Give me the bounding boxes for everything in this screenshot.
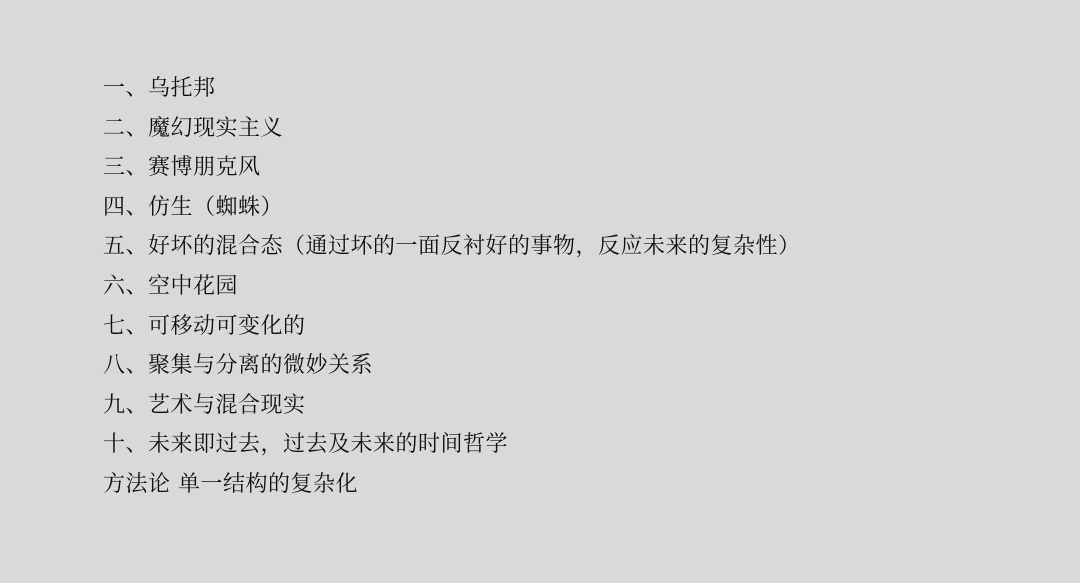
list-item-7: 七、可移动可变化的 [103, 310, 801, 350]
list-item-5: 五、好坏的混合态（通过坏的一面反衬好的事物，反应未来的复杂性） [103, 230, 801, 270]
list-item-8: 八、聚集与分离的微妙关系 [103, 349, 801, 389]
list-item-3: 三、赛博朋克风 [103, 151, 801, 191]
list-item-9: 九、艺术与混合现实 [103, 389, 801, 429]
list-item-1: 一、乌托邦 [103, 72, 801, 112]
methodology-item: 方法论 单一结构的复杂化 [103, 468, 801, 508]
list-item-2: 二、魔幻现实主义 [103, 112, 801, 152]
topic-list: 一、乌托邦 二、魔幻现实主义 三、赛博朋克风 四、仿生（蜘蛛） 五、好坏的混合态… [103, 72, 801, 508]
slide: 一、乌托邦 二、魔幻现实主义 三、赛博朋克风 四、仿生（蜘蛛） 五、好坏的混合态… [0, 0, 1080, 583]
list-item-6: 六、空中花园 [103, 270, 801, 310]
list-item-10: 十、未来即过去，过去及未来的时间哲学 [103, 428, 801, 468]
list-item-4: 四、仿生（蜘蛛） [103, 191, 801, 231]
